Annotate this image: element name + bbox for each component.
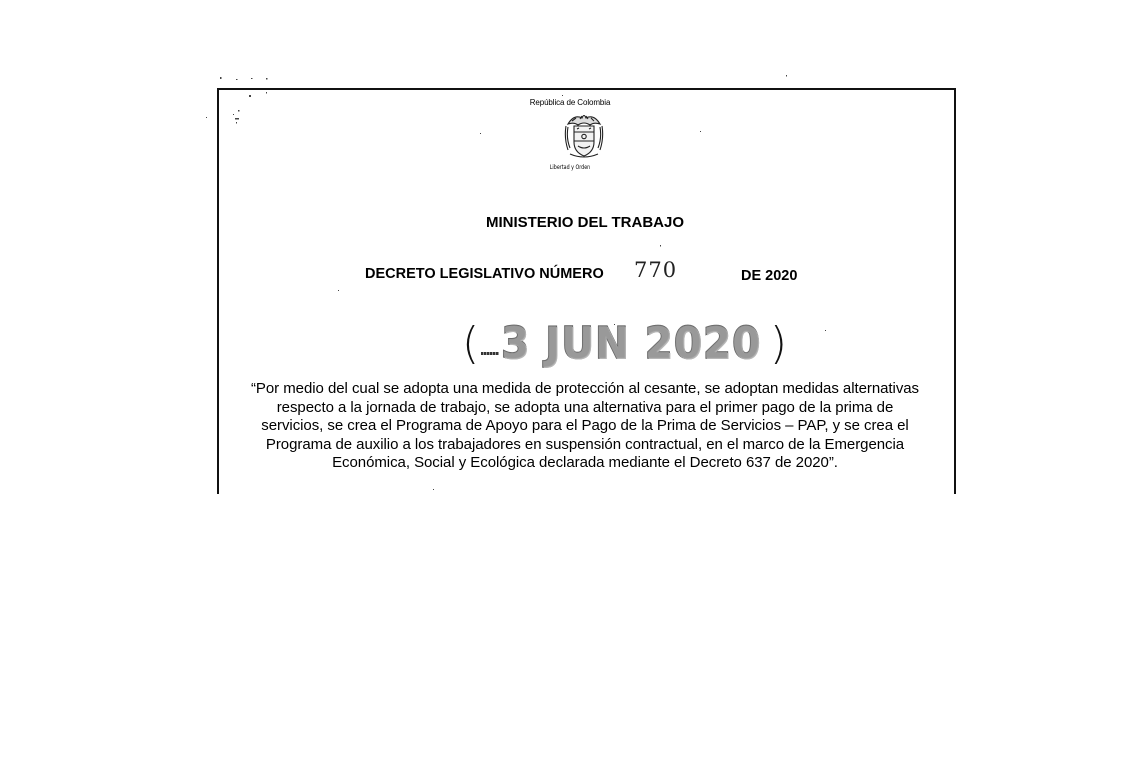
national-motto: Libertad y Orden <box>114 164 1026 171</box>
date-stamp-text: 3 JUN 2020 <box>501 322 761 366</box>
date-close-paren: ) <box>770 322 787 366</box>
decree-number: 770 <box>634 258 677 282</box>
date-stamp: ( 3 JUN 2020 ) <box>462 318 787 370</box>
date-open-paren: ( <box>462 322 479 366</box>
coat-of-arms-icon <box>560 110 608 162</box>
country-name: República de Colombia <box>0 98 1140 107</box>
handwritten-dash <box>481 352 499 355</box>
decree-year: DE 2020 <box>741 268 797 284</box>
ministry-title: MINISTERIO DEL TRABAJO <box>0 214 1140 231</box>
decree-label: DECRETO LEGISLATIVO NÚMERO <box>365 266 604 282</box>
decree-summary: “Por medio del cual se adopta una medida… <box>250 380 920 473</box>
